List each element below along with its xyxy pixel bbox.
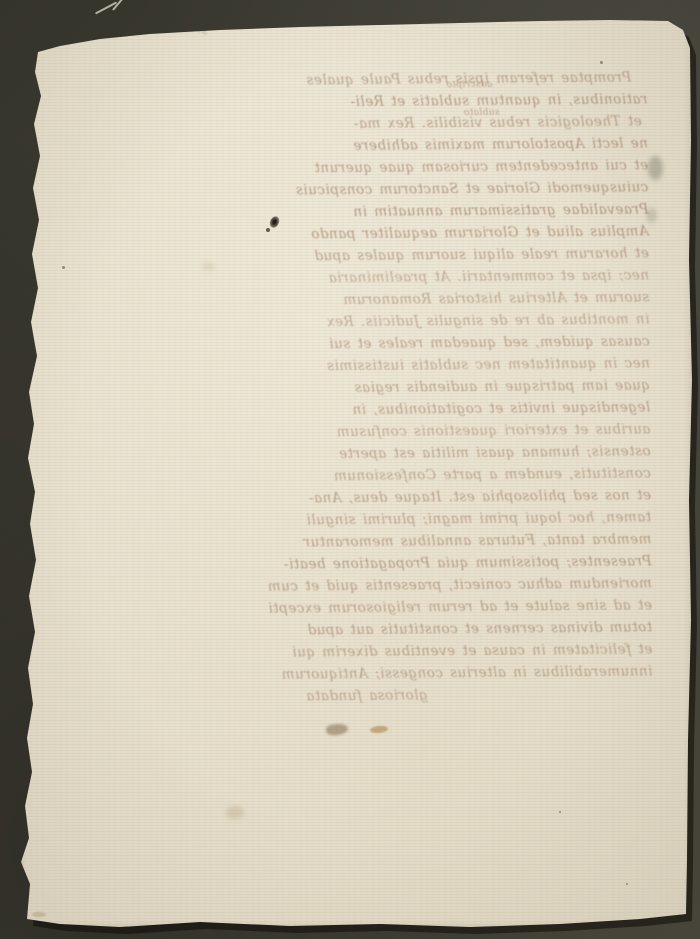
page-vignette (0, 0, 700, 939)
edge-blue-spot (15, 912, 24, 923)
manuscript-photo: arriba gt m m adscripto sublato Promptae… (0, 0, 700, 939)
manuscript-page: arriba gt m m adscripto sublato Promptae… (0, 0, 700, 939)
top-margin-mark: arriba (106, 20, 137, 31)
edge-blue-spot (10, 856, 21, 871)
edge-shadow-left (0, 0, 26, 939)
